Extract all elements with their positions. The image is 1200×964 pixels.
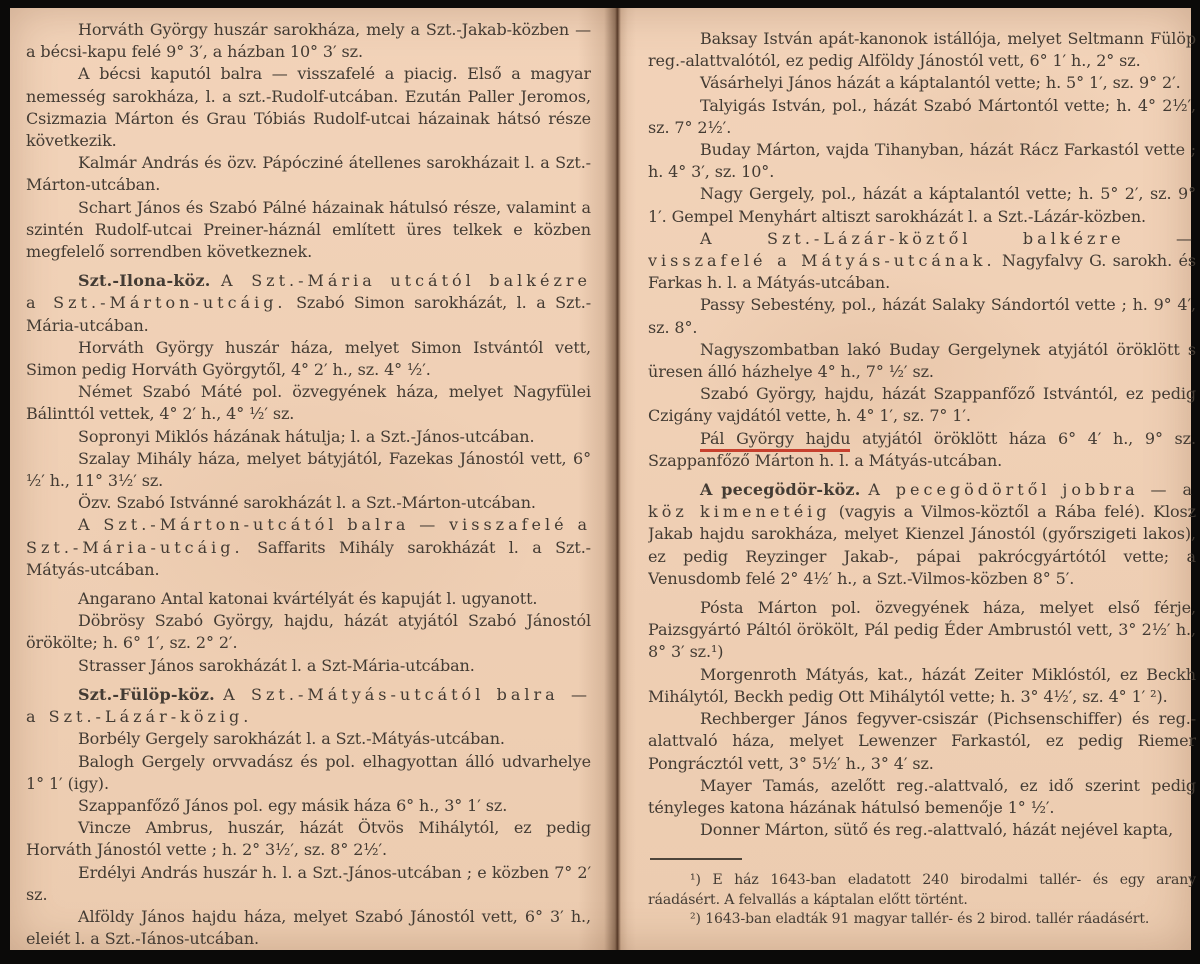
body-text: Talyigás István, pol., házát Szabó Márto… <box>648 96 1196 137</box>
section-header: Szt.-Ilona-köz. <box>78 271 211 290</box>
paragraph: Erdélyi András huszár h. l. a Szt.-János… <box>26 862 591 906</box>
body-text: Vincze Ambrus, huszár, házát Ötvös Mihál… <box>26 818 591 859</box>
paragraph: Baksay István apát-kanonok istállója, me… <box>648 28 1196 72</box>
body-text: Szabó György, hajdu, házát Szappanfőző I… <box>648 384 1196 425</box>
paragraph: Morgenroth Mátyás, kat., házát Zeiter Mi… <box>648 664 1196 708</box>
paragraph: Nagyszombatban lakó Buday Gergelynek aty… <box>648 339 1196 383</box>
body-text: Strasser János sarokházát l. a Szt-Mária… <box>78 656 475 675</box>
paragraph: Özv. Szabó Istvánné sarokházát l. a Szt.… <box>26 492 591 514</box>
body-text: Passy Sebestény, pol., házát Salaky Sánd… <box>648 295 1196 336</box>
body-text: Vásárhelyi János házát a káptalantól vet… <box>700 73 1181 92</box>
body-text: Kalmár András és özv. Pápócziné átellene… <box>26 153 591 194</box>
book-spread: Horváth György huszár sarokháza, mely a … <box>10 8 1191 950</box>
body-text: Rechberger János fegyver-csiszár (Pichse… <box>648 709 1196 772</box>
paragraph: Angarano Antal katonai kvártélyát és kap… <box>26 588 591 610</box>
paragraph: A bécsi kaputól balra — visszafelé a pia… <box>26 63 591 152</box>
paragraph: A Szt.-Márton-utcától balra — visszafelé… <box>26 514 591 581</box>
section-header: A pecegödör-köz. <box>700 480 861 499</box>
right-page: Baksay István apát-kanonok istállója, me… <box>648 28 1196 946</box>
body-text <box>215 685 223 704</box>
footnote: ²) 1643-ban eladták 91 magyar tallér- és… <box>648 910 1196 930</box>
body-text: Morgenroth Mátyás, kat., házát Zeiter Mi… <box>648 665 1196 706</box>
body-text: Döbrösy Szabó György, hajdu, házát atyjá… <box>26 611 591 652</box>
paragraph: Kalmár András és özv. Pápócziné átellene… <box>26 152 591 196</box>
paragraph: Vásárhelyi János házát a káptalantól vet… <box>648 72 1196 94</box>
body-text: Baksay István apát-kanonok istállója, me… <box>648 29 1196 70</box>
body-text: A bécsi kaputól balra — visszafelé a pia… <box>26 64 591 150</box>
paragraph: Horváth György huszár háza, melyet Simon… <box>26 337 591 381</box>
paragraph: Szt.-Fülöp-köz. A Szt.-Mátyás-utcától ba… <box>26 684 591 728</box>
paragraph: Borbély Gergely sarokházát l. a Szt.-Mát… <box>26 728 591 750</box>
paragraph: Buday Márton, vajda Tihanyban, házát Rác… <box>648 139 1196 183</box>
body-text: Horváth György huszár sarokháza, mely a … <box>26 20 591 61</box>
paragraph: Strasser János sarokházát l. a Szt-Mária… <box>26 655 591 677</box>
paragraph: Schart János és Szabó Pálné házainak hát… <box>26 197 591 264</box>
body-text: Német Szabó Máté pol. özvegyének háza, m… <box>26 382 591 423</box>
body-text: Erdélyi András huszár h. l. a Szt.-János… <box>26 863 591 904</box>
body-text <box>211 271 222 290</box>
body-text: Mayer Tamás, azelőtt reg.-alattvaló, ez … <box>648 776 1196 817</box>
body-text: Horváth György huszár háza, melyet Simon… <box>26 338 591 379</box>
paragraph: A Szt.-Lázár-köztől balkézre — visszafel… <box>648 228 1196 295</box>
body-text: Schart János és Szabó Pálné házainak hát… <box>26 198 591 261</box>
body-text: Pósta Márton pol. özvegyének háza, melye… <box>648 598 1196 661</box>
body-text: Alföldy János hajdu háza, melyet Szabó J… <box>26 907 591 944</box>
paragraph: Pál György hajdu atyjától öröklött háza … <box>648 428 1196 472</box>
body-text: Szappanfőző János pol. egy másik háza 6°… <box>78 796 507 815</box>
paragraph: Balogh Gergely orvvadász és pol. elhagyo… <box>26 751 591 795</box>
paragraph: Német Szabó Máté pol. özvegyének háza, m… <box>26 381 591 425</box>
paragraph: Donner Márton, sütő és reg.-alattvaló, h… <box>648 819 1196 841</box>
left-page: Horváth György huszár sarokháza, mely a … <box>26 19 591 944</box>
body-text: Szalay Mihály háza, melyet bátyjától, Fa… <box>26 449 591 490</box>
body-text: Balogh Gergely orvvadász és pol. elhagyo… <box>26 752 591 793</box>
paragraph: Mayer Tamás, azelőtt reg.-alattvaló, ez … <box>648 775 1196 819</box>
body-text: Özv. Szabó Istvánné sarokházát l. a Szt.… <box>78 493 536 512</box>
paragraph: Nagy Gergely, pol., házát a káptalantól … <box>648 183 1196 227</box>
body-text: Sopronyi Miklós házának hátulja; l. a Sz… <box>78 427 534 446</box>
paragraph: Passy Sebestény, pol., házát Salaky Sánd… <box>648 294 1196 338</box>
body-text: Angarano Antal katonai kvártélyát és kap… <box>78 589 537 608</box>
paragraph: Alföldy János hajdu háza, melyet Szabó J… <box>26 906 591 944</box>
body-text: Buday Márton, vajda Tihanyban, házát Rác… <box>648 140 1196 181</box>
paragraph: Döbrösy Szabó György, hajdu, házát atyjá… <box>26 610 591 654</box>
paragraph: A pecegödör-köz. A pecegödörtől jobbra —… <box>648 479 1196 590</box>
paragraph: Horváth György huszár sarokháza, mely a … <box>26 19 591 63</box>
paragraph: Szabó György, hajdu, házát Szappanfőző I… <box>648 383 1196 427</box>
body-text: Nagy Gergely, pol., házát a káptalantól … <box>648 184 1196 225</box>
paragraph: Talyigás István, pol., házát Szabó Márto… <box>648 95 1196 139</box>
scanned-book-page: { "document": { "type": "scanned-book-sp… <box>0 0 1200 964</box>
paragraph: Szalay Mihály háza, melyet bátyjától, Fa… <box>26 448 591 492</box>
section-header: Szt.-Fülöp-köz. <box>78 685 215 704</box>
body-text: Donner Márton, sütő és reg.-alattvaló, h… <box>700 820 1173 839</box>
paragraph: Vincze Ambrus, huszár, házát Ötvös Mihál… <box>26 817 591 861</box>
paragraph: Szt.-Ilona-köz. A Szt.-Mária utcától bal… <box>26 270 591 337</box>
paragraph: Sopronyi Miklós házának hátulja; l. a Sz… <box>26 426 591 448</box>
paragraph: Szappanfőző János pol. egy másik háza 6°… <box>26 795 591 817</box>
footnote-divider <box>650 858 742 860</box>
body-text: Nagyszombatban lakó Buday Gergelynek aty… <box>648 340 1196 381</box>
red-underlined-text: Pál György hajdu <box>700 429 850 452</box>
body-text: Borbély Gergely sarokházát l. a Szt.-Mát… <box>78 729 505 748</box>
paragraph: Rechberger János fegyver-csiszár (Pichse… <box>648 708 1196 775</box>
footnote: ¹) E ház 1643-ban eladatott 240 birodalm… <box>648 871 1196 910</box>
paragraph: Pósta Márton pol. özvegyének háza, melye… <box>648 597 1196 664</box>
